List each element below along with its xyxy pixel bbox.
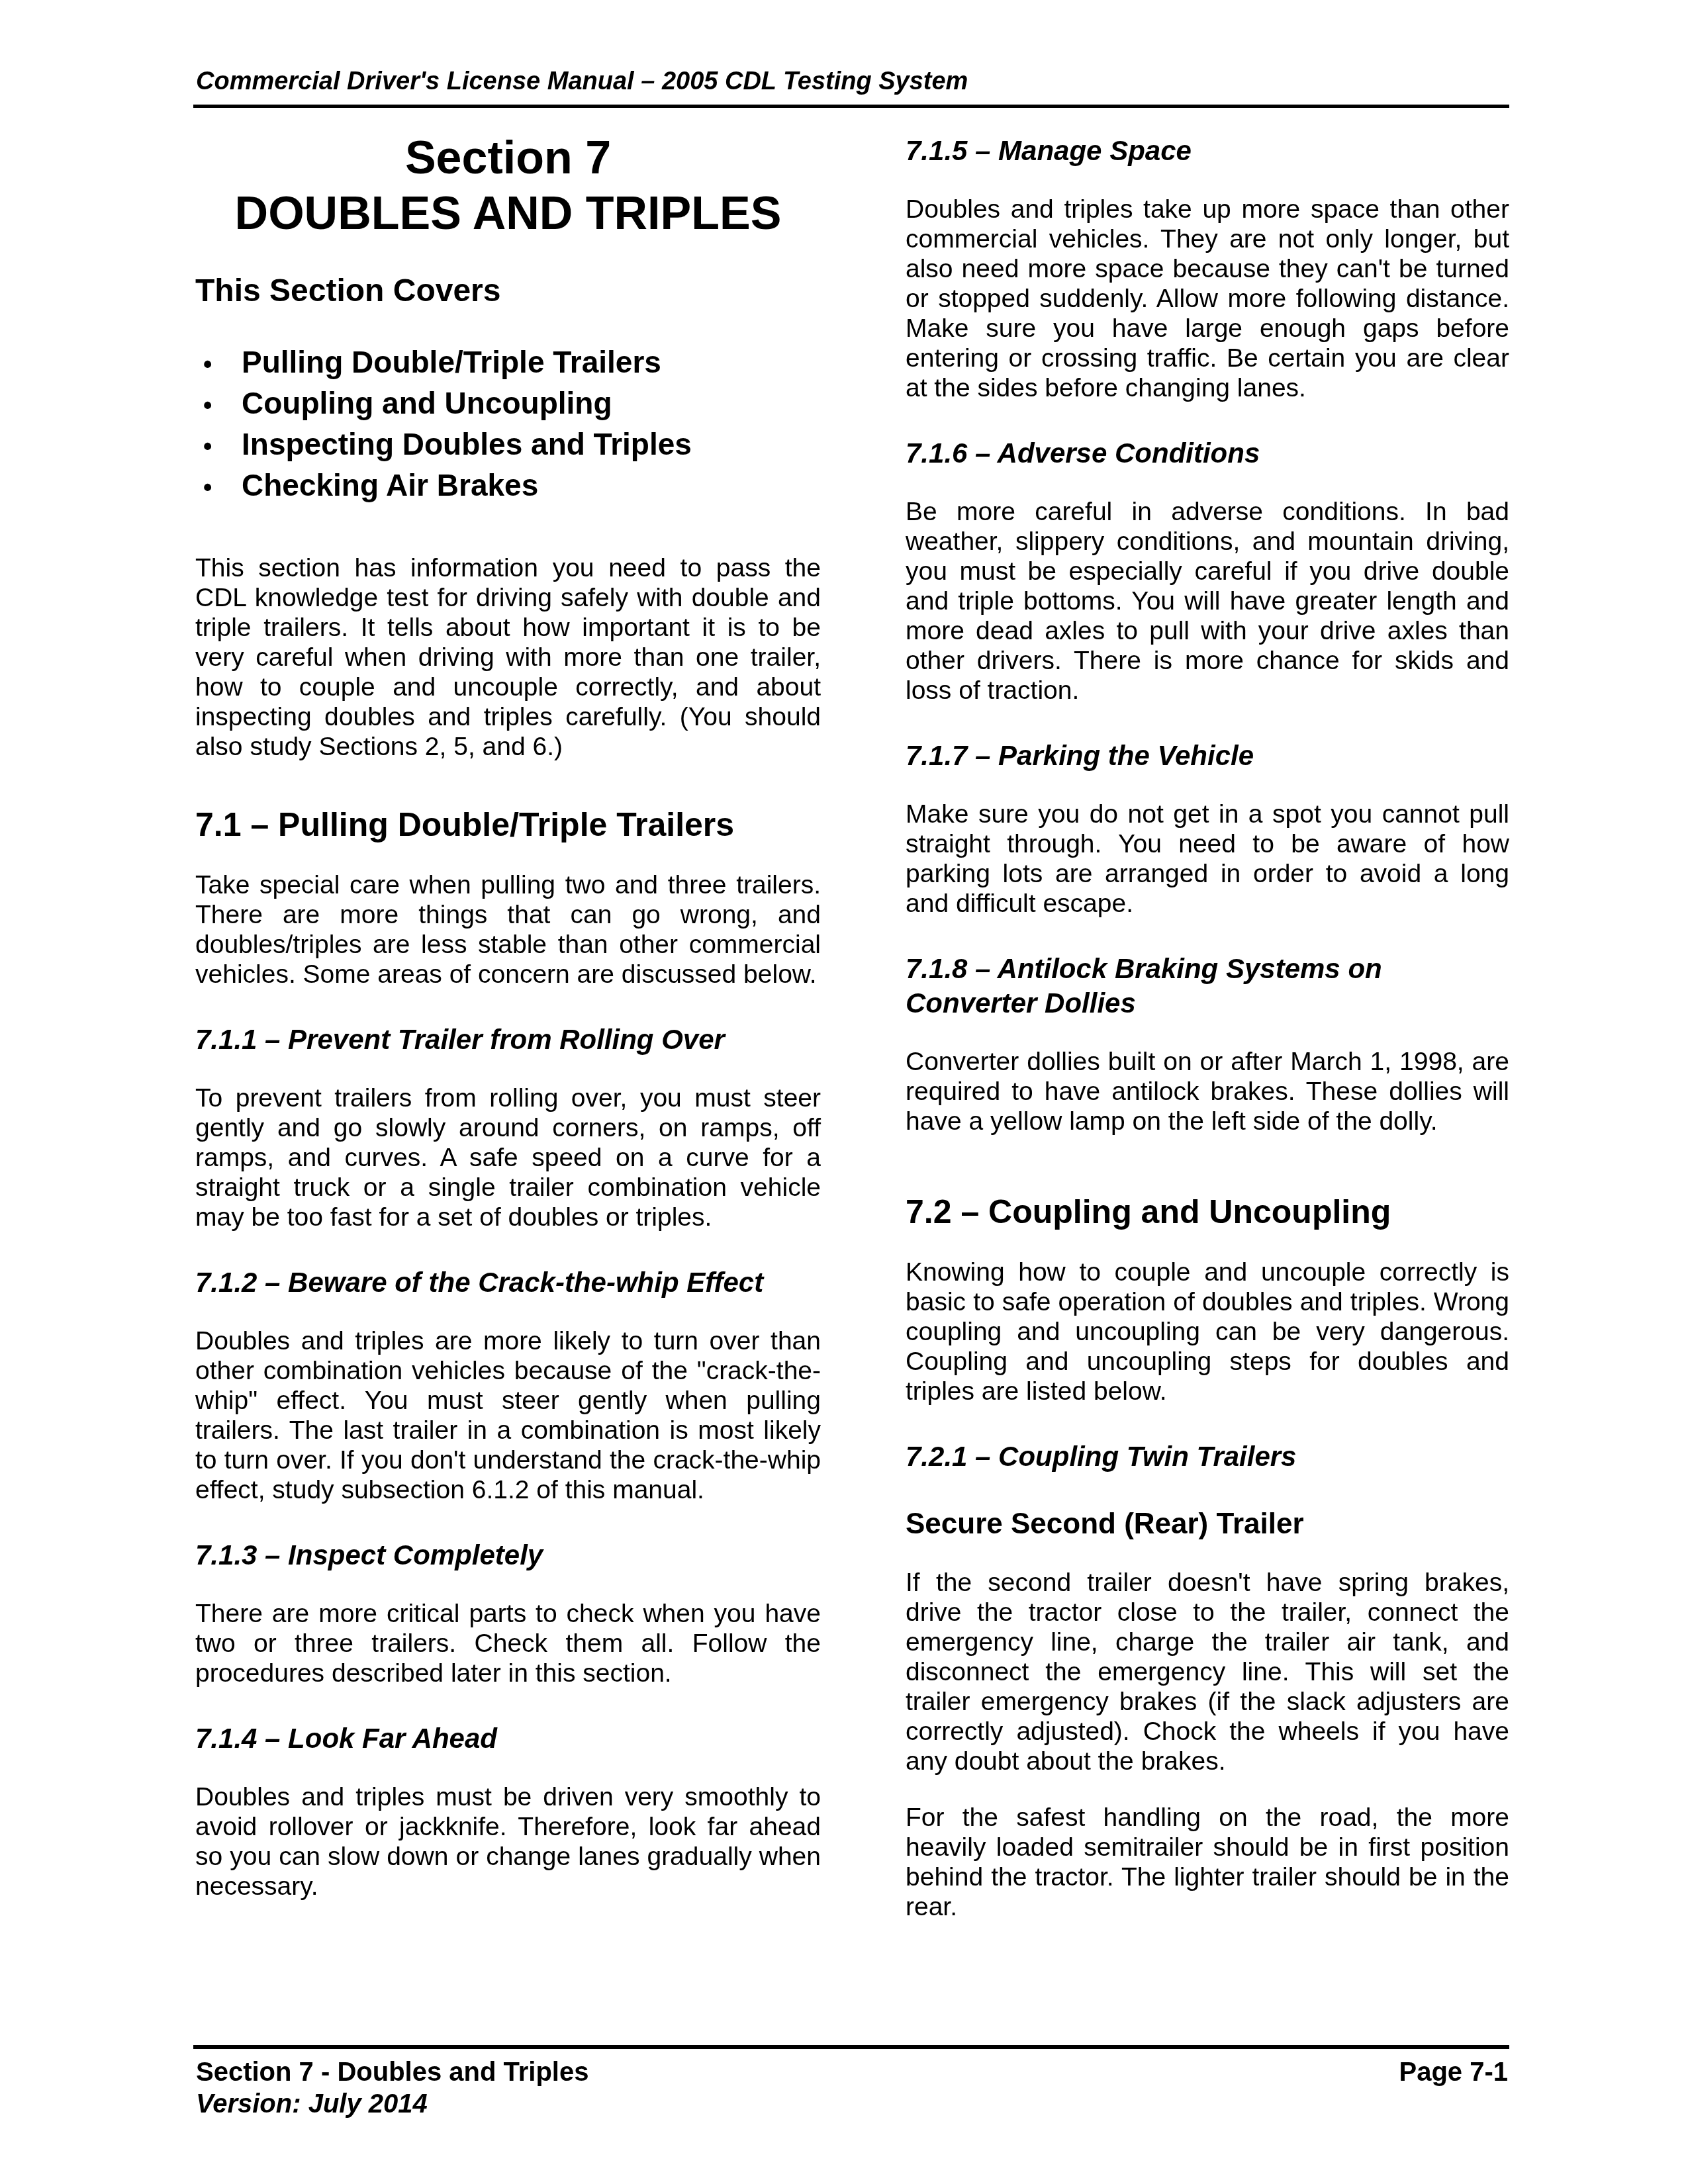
covers-item-label: Inspecting Doubles and Triples xyxy=(242,425,692,463)
heading-7-2: 7.2 – Coupling and Uncoupling xyxy=(906,1193,1509,1231)
list-item: • Coupling and Uncoupling xyxy=(195,384,821,425)
heading-7-1-6: 7.1.6 – Adverse Conditions xyxy=(906,436,1509,471)
paragraph-7-1-3: There are more critical parts to check w… xyxy=(195,1599,821,1688)
manual-page: Commercial Driver's License Manual – 200… xyxy=(0,0,1688,2184)
paragraph-7-1-4: Doubles and triples must be driven very … xyxy=(195,1782,821,1901)
section-title-line2: DOUBLES AND TRIPLES xyxy=(195,185,821,241)
footer-rule xyxy=(193,2045,1509,2049)
bullet-icon: • xyxy=(195,428,242,466)
intro-paragraph: This section has information you need to… xyxy=(195,553,821,762)
footer-section-title: Section 7 - Doubles and Triples xyxy=(196,2057,588,2087)
heading-7-2-1: 7.2.1 – Coupling Twin Trailers xyxy=(906,1439,1509,1474)
bullet-icon: • xyxy=(195,387,242,425)
paragraph-7-1-8: Converter dollies built on or after Marc… xyxy=(906,1047,1509,1136)
list-item: • Inspecting Doubles and Triples xyxy=(195,425,821,466)
footer-page-number: Page 7-1 xyxy=(1399,2057,1508,2087)
header-title: Commercial Driver's License Manual – 200… xyxy=(196,68,968,96)
footer-version: Version: July 2014 xyxy=(196,2089,428,2119)
heading-7-1-7: 7.1.7 – Parking the Vehicle xyxy=(906,739,1509,773)
heading-7-1-5: 7.1.5 – Manage Space xyxy=(906,134,1509,168)
section-title-line1: Section 7 xyxy=(195,130,821,185)
heading-secure-second-trailer: Secure Second (Rear) Trailer xyxy=(906,1507,1509,1541)
covers-heading: This Section Covers xyxy=(195,273,821,310)
covers-item-label: Coupling and Uncoupling xyxy=(242,384,612,422)
paragraph-7-1-5: Doubles and triples take up more space t… xyxy=(906,195,1509,403)
bullet-icon: • xyxy=(195,345,242,384)
covers-item-label: Pulling Double/Triple Trailers xyxy=(242,343,661,381)
paragraph-7-1-1: To prevent trailers from rolling over, y… xyxy=(195,1083,821,1232)
paragraph-7-2-1-a: If the second trailer doesn't have sprin… xyxy=(906,1568,1509,1776)
right-column: 7.1.5 – Manage Space Doubles and triples… xyxy=(906,130,1509,1922)
covers-list: • Pulling Double/Triple Trailers • Coupl… xyxy=(195,343,821,507)
heading-7-1-1: 7.1.1 – Prevent Trailer from Rolling Ove… xyxy=(195,1023,821,1057)
paragraph-7-1-7: Make sure you do not get in a spot you c… xyxy=(906,799,1509,919)
paragraph-7-1-6: Be more careful in adverse conditions. I… xyxy=(906,497,1509,705)
heading-7-1-3: 7.1.3 – Inspect Completely xyxy=(195,1538,821,1572)
list-item: • Pulling Double/Triple Trailers xyxy=(195,343,821,384)
header-rule xyxy=(193,105,1509,108)
paragraph-7-2-1-b: For the safest handling on the road, the… xyxy=(906,1803,1509,1922)
paragraph-7-1-2: Doubles and triples are more likely to t… xyxy=(195,1326,821,1505)
paragraph-7-2: Knowing how to couple and uncouple corre… xyxy=(906,1257,1509,1406)
list-item: • Checking Air Brakes xyxy=(195,466,821,507)
heading-7-1-8: 7.1.8 – Antilock Braking Systems on Conv… xyxy=(906,952,1509,1021)
covers-item-label: Checking Air Brakes xyxy=(242,466,538,504)
paragraph-7-1: Take special care when pulling two and t… xyxy=(195,870,821,989)
left-column: Section 7 DOUBLES AND TRIPLES This Secti… xyxy=(195,130,821,1901)
heading-7-1-4: 7.1.4 – Look Far Ahead xyxy=(195,1721,821,1756)
heading-7-1-2: 7.1.2 – Beware of the Crack-the-whip Eff… xyxy=(195,1265,821,1300)
bullet-icon: • xyxy=(195,469,242,507)
heading-7-1: 7.1 – Pulling Double/Triple Trailers xyxy=(195,805,821,844)
